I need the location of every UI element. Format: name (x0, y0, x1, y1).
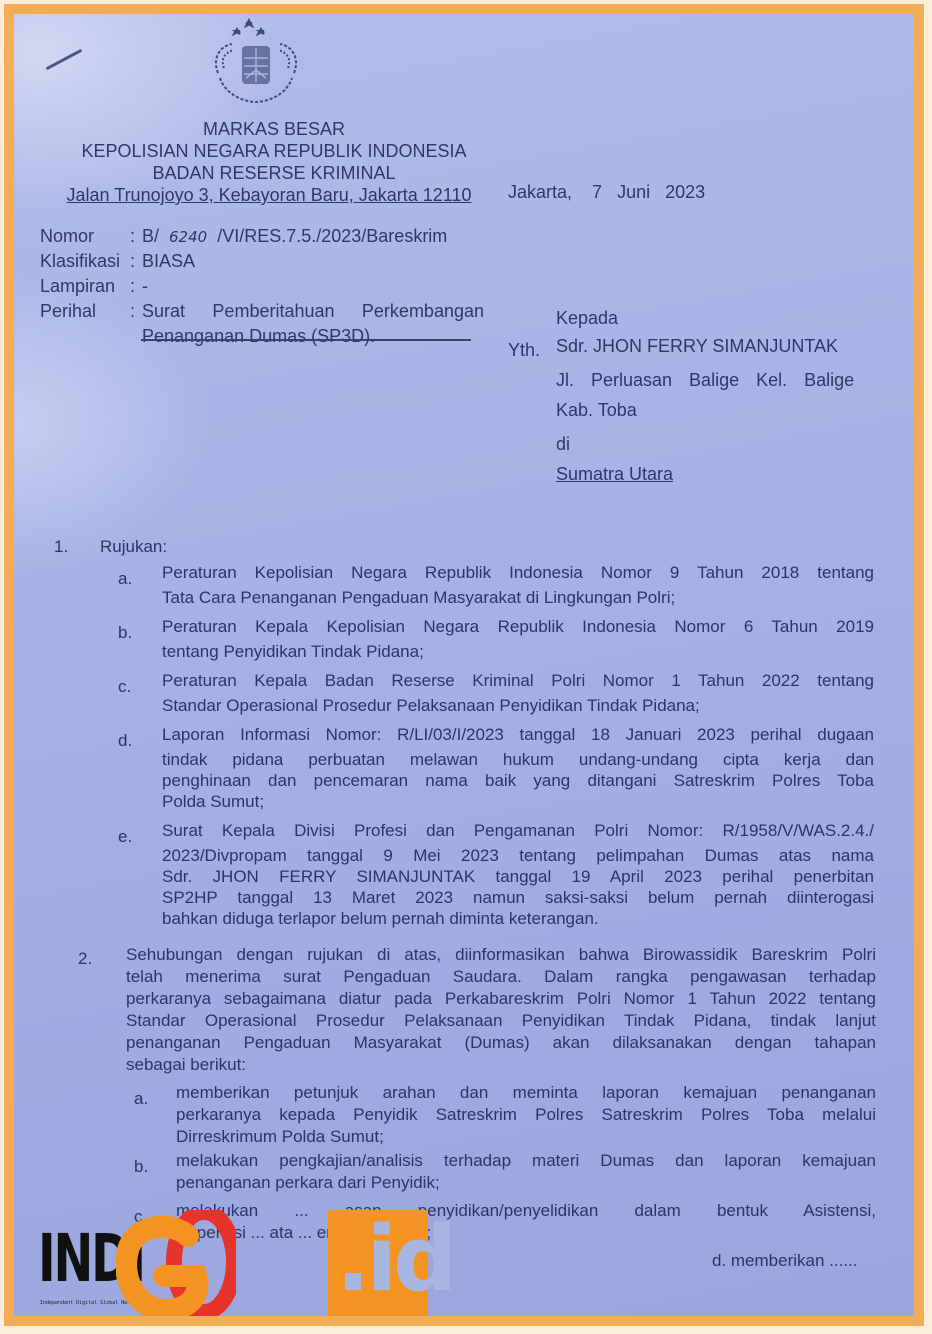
date-day: 7 (592, 182, 602, 202)
colon: : (130, 226, 142, 247)
section2-number: 2. (78, 948, 92, 969)
rujukan-item-line: penghinaan dan pencemaran nama baik yang… (162, 770, 874, 791)
nomor-suffix: /VI/RES.7.5./2023/Bareskrim (217, 226, 447, 246)
perihal-underline (141, 339, 471, 341)
rujukan-item-line: Standar Operasional Prosedur Pelaksanaan… (162, 695, 874, 716)
nomor-prefix: B/ (142, 226, 159, 246)
section2-line: penanganan Pengaduan Masyarakat (Dumas) … (126, 1032, 876, 1053)
meta-klasifikasi: Klasifikasi : BIASA (40, 249, 484, 274)
tahapan-item-line: Dirreskrimum Polda Sumut; (176, 1126, 876, 1147)
yth-label: Yth. (508, 340, 540, 361)
rujukan-item-line: Laporan Informasi Nomor: R/LI/03/I/2023 … (162, 724, 874, 745)
nomor-handwritten: 6240 (169, 228, 207, 246)
rujukan-item-line: Peraturan Kepala Kepolisian Negara Repub… (162, 616, 874, 637)
colon: : (130, 276, 142, 297)
lampiran-value: - (142, 276, 148, 297)
lampiran-label: Lampiran (40, 276, 130, 297)
perihal-label: Perihal (40, 301, 130, 322)
rujukan-item-line: bahkan diduga terlapor belum pernah dimi… (162, 908, 874, 929)
tahapan-letter: a. (134, 1088, 148, 1109)
recipient-region: Sumatra Utara (556, 464, 673, 485)
rujukan-item-line: Tata Cara Penanganan Pengaduan Masyaraka… (162, 587, 874, 608)
letterhead-line3: BADAN RESERSE KRIMINAL (44, 162, 504, 184)
letterhead-address: Jalan Trunojoyo 3, Kebayoran Baru, Jakar… (34, 184, 504, 206)
section2-line: Sehubungan dengan rujukan di atas, diinf… (126, 944, 876, 965)
letterhead-line1: MARKAS BESAR (44, 118, 504, 140)
rujukan-item-line: Surat Kepala Divisi Profesi dan Pengaman… (162, 820, 874, 841)
police-emblem-icon (206, 18, 306, 108)
rujukan-item-line: SP2HP tanggal 13 Maret 2023 namun saksi-… (162, 887, 874, 908)
indigo-watermark-logo: INDI Independent Digital Global Next .id (28, 1210, 448, 1316)
rujukan-item-line: Peraturan Kepolisian Negara Republik Ind… (162, 562, 874, 583)
rujukan-letter: a. (118, 568, 132, 589)
rujukan-letter: c. (118, 676, 131, 697)
perihal-line2: Penanganan Dumas (SP3D). (142, 326, 375, 347)
letter-meta: Nomor : B/6240/VI/RES.7.5./2023/Bareskri… (40, 224, 484, 349)
section2-line: sebagai berikut: (126, 1054, 876, 1075)
watermark-go-icon (116, 1210, 236, 1316)
tahapan-letter: b. (134, 1156, 148, 1177)
letter-document: MARKAS BESAR KEPOLISIAN NEGARA REPUBLIK … (14, 14, 914, 1316)
section2-line: Standar Operasional Prosedur Pelaksanaan… (126, 1010, 876, 1031)
colon: : (130, 251, 142, 272)
section2-line: telah menerima surat Pengaduan Saudara. … (126, 966, 876, 987)
klasifikasi-value: BIASA (142, 251, 195, 272)
colon: : (130, 301, 142, 322)
perihal-line1: Surat Pemberitahuan Perkembangan (142, 301, 484, 322)
tahapan-item-line: perkaranya kepada Penyidik Satreskrim Po… (176, 1104, 876, 1125)
rujukan-letter: b. (118, 622, 132, 643)
rujukan-letter: e. (118, 826, 132, 847)
rujukan-item-line: Peraturan Kepala Badan Reserse Kriminal … (162, 670, 874, 691)
nomor-label: Nomor (40, 226, 130, 247)
tahapan-item-line: melakukan pengkajian/analisis terhadap m… (176, 1150, 876, 1171)
section1-number: 1. (54, 536, 68, 557)
letterhead-line2: KEPOLISIAN NEGARA REPUBLIK INDONESIA (44, 140, 504, 162)
rujukan-item-line: 2023/Divpropam tanggal 9 Mei 2023 tentan… (162, 845, 874, 866)
continuation-text: d. memberikan ...... (712, 1250, 858, 1271)
kepada-label: Kepada (556, 308, 618, 329)
tahapan-item-line: memberikan petunjuk arahan dan meminta l… (176, 1082, 876, 1103)
date-month: Juni (617, 182, 650, 202)
klasifikasi-label: Klasifikasi (40, 251, 130, 272)
watermark-id-text: .id (336, 1210, 453, 1310)
rujukan-item-line: tindak pidana perbuatan melawan hukum un… (162, 749, 874, 770)
meta-perihal-cont: Penanganan Dumas (SP3D). (40, 324, 484, 349)
rujukan-letter: d. (118, 730, 132, 751)
recipient-address-line1: Jl. Perluasan Balige Kel. Balige (556, 370, 854, 391)
letterhead: MARKAS BESAR KEPOLISIAN NEGARA REPUBLIK … (44, 118, 504, 206)
date-city: Jakarta, (508, 182, 572, 202)
rujukan-item-line: Sdr. JHON FERRY SIMANJUNTAK tanggal 19 A… (162, 866, 874, 887)
section1-title: Rujukan: (100, 536, 167, 557)
date-year: 2023 (665, 182, 705, 202)
section2-line: perkaranya sebagaimana diatur pada Perka… (126, 988, 876, 1009)
meta-nomor: Nomor : B/6240/VI/RES.7.5./2023/Bareskri… (40, 224, 484, 249)
rujukan-item-line: tentang Penyidikan Tindak Pidana; (162, 641, 874, 662)
nomor-value: B/6240/VI/RES.7.5./2023/Bareskrim (142, 226, 447, 247)
recipient-di: di (556, 434, 570, 455)
rujukan-item-line: Polda Sumut; (162, 791, 874, 812)
tahapan-item-line: penanganan perkara dari Penyidik; (176, 1172, 876, 1193)
letter-date: Jakarta, 7 Juni 2023 (508, 182, 705, 203)
recipient-name: Sdr. JHON FERRY SIMANJUNTAK (556, 336, 838, 357)
meta-lampiran: Lampiran : - (40, 274, 484, 299)
meta-perihal: Perihal : Surat Pemberitahuan Perkembang… (40, 299, 484, 324)
recipient-address-line2: Kab. Toba (556, 400, 637, 421)
